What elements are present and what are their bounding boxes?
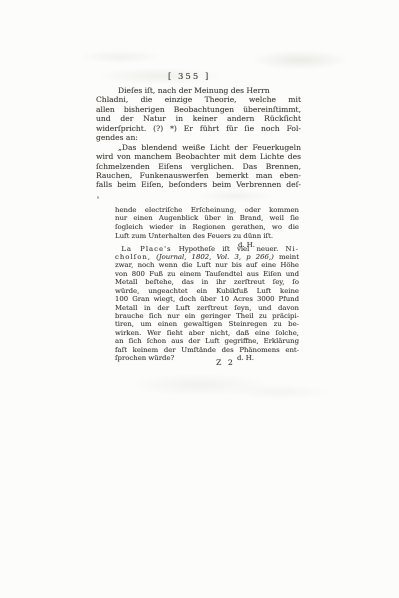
footnote-attribution: d. H. bbox=[237, 354, 254, 362]
footnote-line: brauche ſich nur ein geringer Theil zu p… bbox=[115, 312, 299, 320]
footnote-line: nur einen Augenblick über in Brand, weil… bbox=[115, 214, 299, 223]
author-name: cholſon, bbox=[115, 253, 151, 261]
footnote-line: cholſon, (Journal, 1802, Vol. 3, p 266,)… bbox=[115, 253, 299, 261]
footnote-line: ſogleich wieder in Regionen gerathen, wo… bbox=[115, 223, 299, 232]
text-line: gendes an: bbox=[96, 133, 301, 142]
text-line: Rauchen, Funkenauswerfen bemerkt man ebe… bbox=[96, 171, 301, 180]
footnote-line: von 800 Fuß zu einem Tauſendtel aus Eiſe… bbox=[115, 270, 299, 278]
footnote-line: tiren, um einen gewaltigen Steinregen zu… bbox=[115, 320, 299, 328]
footnote-line: Metall beſtehe, das in ihr zerſtreut ſey… bbox=[115, 278, 299, 286]
footnote-star-block: *) La Place's Hypotheſe iſt viel neuer. … bbox=[115, 245, 299, 363]
footnote-text: ſprochen würde? bbox=[115, 354, 174, 362]
journal-citation: (Journal, 1802, Vol. 3, p 266,) bbox=[156, 253, 274, 261]
signature-mark: Z 2 bbox=[216, 358, 235, 367]
main-text-block: Dieſes iſt, nach der Meinung des Herrn C… bbox=[96, 86, 301, 190]
scan-artifact bbox=[97, 196, 99, 199]
footnote-line: ſprochen würde? d. H. bbox=[115, 354, 299, 362]
text-line: Chladni, die einzige Theorie, welche mit bbox=[96, 95, 301, 104]
text-line: allen bisherigen Beobachtungen übereinſt… bbox=[96, 105, 301, 114]
footnote-continuation-block: hende electriſche Erſcheinung, oder komm… bbox=[115, 206, 299, 250]
author-name: Ni- bbox=[285, 245, 299, 253]
scanned-book-page: [ 355 ] Dieſes iſt, nach der Meinung des… bbox=[0, 0, 399, 598]
page-number-header: [ 355 ] bbox=[168, 72, 210, 82]
text-line: wird von manchem Beobachter mit dem Lich… bbox=[96, 152, 301, 161]
footnote-line: zwar, noch wenn die Luft nur bis auf ein… bbox=[115, 261, 299, 269]
footnote-line: 100 Gran wiegt, doch über 10 Acres 3000 … bbox=[115, 295, 299, 303]
text-line: falls beim Eiſen, beſonders beim Verbren… bbox=[96, 180, 301, 189]
footnote-line: hende electriſche Erſcheinung, oder komm… bbox=[115, 206, 299, 215]
footnote-line: würde, ungeachtet ein Kubikfuß Luft kein… bbox=[115, 287, 299, 295]
text-line: ſchmelzenden Eiſens verglichen. Das Bren… bbox=[96, 162, 301, 171]
footnote-line: Luft zum Unterhalten des Feuers zu dünn … bbox=[115, 232, 299, 241]
footnote-text: Hypotheſe iſt viel neuer. bbox=[179, 245, 279, 253]
footnote-line: faſt keinem der Umſtände des Phänomens e… bbox=[115, 346, 299, 354]
footnote-text: meint bbox=[279, 253, 299, 261]
footnote-line: wirken. Wer ſieht aber nicht, daß eine ſ… bbox=[115, 329, 299, 337]
footnote-line: *) La Place's Hypotheſe iſt viel neuer. … bbox=[115, 245, 299, 253]
text-line: Dieſes iſt, nach der Meinung des Herrn bbox=[96, 86, 301, 95]
text-line: widerſpricht. (?) *) Er führt für ſie no… bbox=[96, 124, 301, 133]
text-line: „Das blendend weiße Licht der Feuerkugel… bbox=[96, 143, 301, 152]
text-line: und der Natur in keiner andern Rückſicht bbox=[96, 114, 301, 123]
footnote-line: an ſich ſchon aus der Luft gegriffne, Er… bbox=[115, 337, 299, 345]
author-name: La Place's bbox=[121, 245, 171, 253]
footnote-line: Metall in der Luft zerſtreut ſeyn, und d… bbox=[115, 304, 299, 312]
